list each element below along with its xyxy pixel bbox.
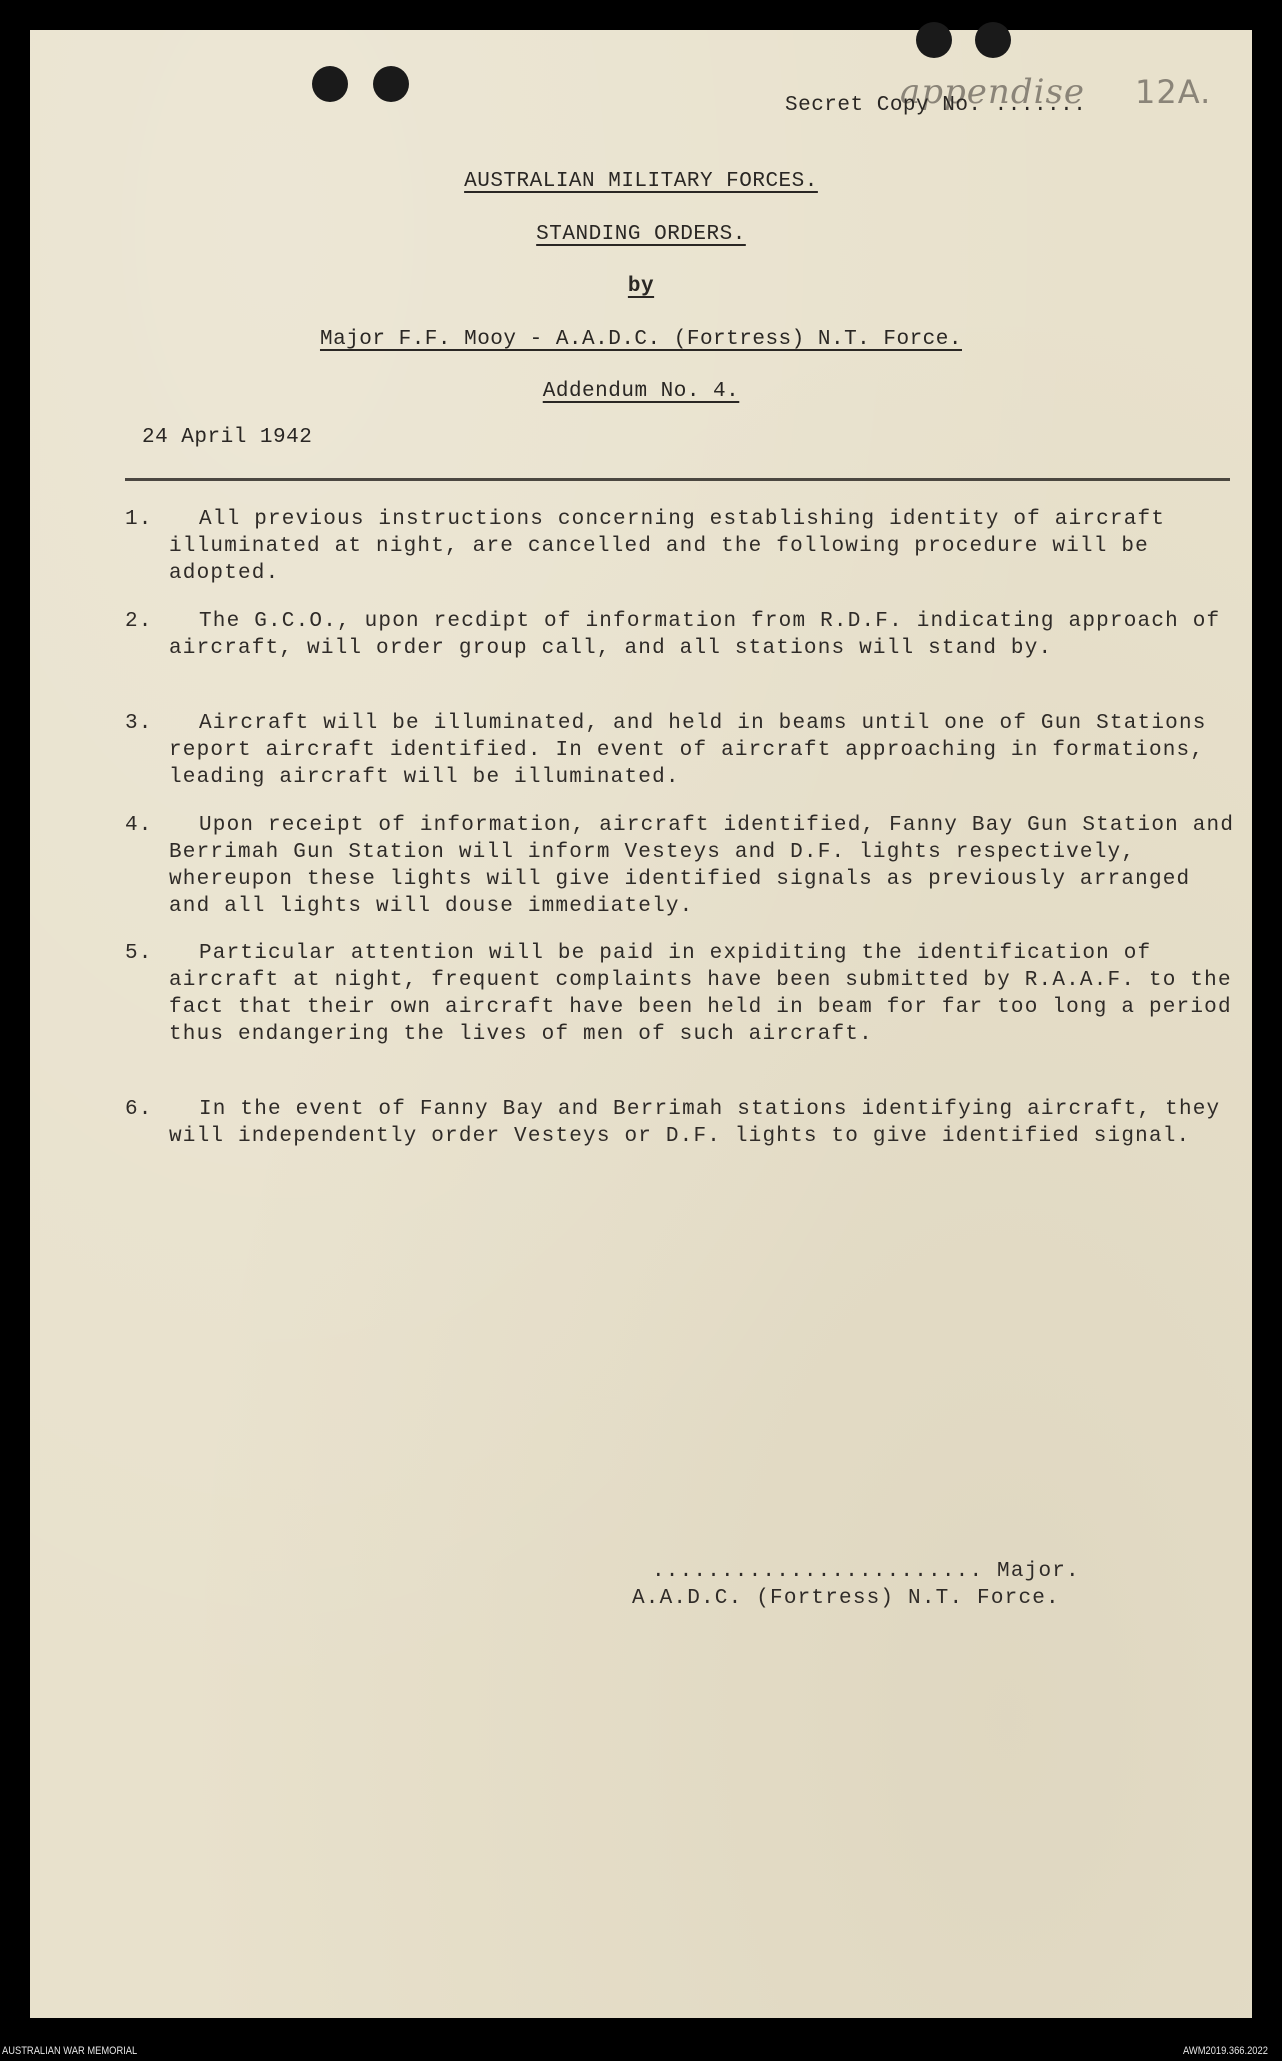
signature-title: A.A.D.C. (Fortress) N.T. Force. (632, 1587, 1060, 1610)
paragraph-text: Aircraft will be illuminated, and held i… (169, 710, 1235, 791)
footer-right-id: AWM2019.366.2022 (1183, 2045, 1268, 2057)
paragraph-1: 1. All previous instructions concerning … (125, 506, 1235, 587)
handwritten-number: 12A. (1135, 73, 1211, 111)
punch-hole-left-1 (312, 66, 348, 102)
signature-line: ........................ Major. (652, 1560, 1080, 1583)
paragraph-number: 1. (125, 506, 153, 533)
paragraph-6: 6. In the event of Fanny Bay and Berrima… (125, 1096, 1235, 1150)
paragraph-text: Particular attention will be paid in exp… (169, 940, 1235, 1048)
punch-hole-left-2 (373, 66, 409, 102)
paragraph-number: 2. (125, 608, 153, 635)
paragraph-3: 3. Aircraft will be illuminated, and hel… (125, 710, 1235, 791)
paragraph-number: 3. (125, 710, 153, 737)
heading-by: by (30, 275, 1252, 298)
footer-left-credit: AUSTRALIAN WAR MEMORIAL (2, 2045, 137, 2057)
paragraph-text: All previous instructions concerning est… (169, 506, 1235, 587)
heading-organisation: AUSTRALIAN MILITARY FORCES. (30, 170, 1252, 193)
separator-rule (125, 478, 1230, 481)
heading-title: STANDING ORDERS. (30, 223, 1252, 246)
paragraph-2: 2. The G.C.O., upon recdipt of informati… (125, 608, 1235, 662)
paragraph-number: 4. (125, 812, 153, 839)
punch-hole-right-2 (975, 22, 1011, 58)
punch-hole-right-1 (916, 22, 952, 58)
paragraph-number: 5. (125, 940, 153, 967)
heading-addendum: Addendum No. 4. (30, 380, 1252, 403)
document-page: appendise12A. Secret Copy No. ....... AU… (30, 30, 1252, 2018)
paragraph-number: 6. (125, 1096, 153, 1123)
secret-copy-label: Secret Copy No. ....... (785, 94, 1086, 117)
paragraph-text: In the event of Fanny Bay and Berrimah s… (169, 1096, 1235, 1150)
paragraph-5: 5. Particular attention will be paid in … (125, 940, 1235, 1048)
paragraph-4: 4. Upon receipt of information, aircraft… (125, 812, 1235, 920)
paragraph-text: Upon receipt of information, aircraft id… (169, 812, 1235, 920)
heading-author: Major F.F. Mooy - A.A.D.C. (Fortress) N.… (30, 328, 1252, 351)
document-date: 24 April 1942 (142, 426, 312, 449)
paragraph-text: The G.C.O., upon recdipt of information … (169, 608, 1235, 662)
